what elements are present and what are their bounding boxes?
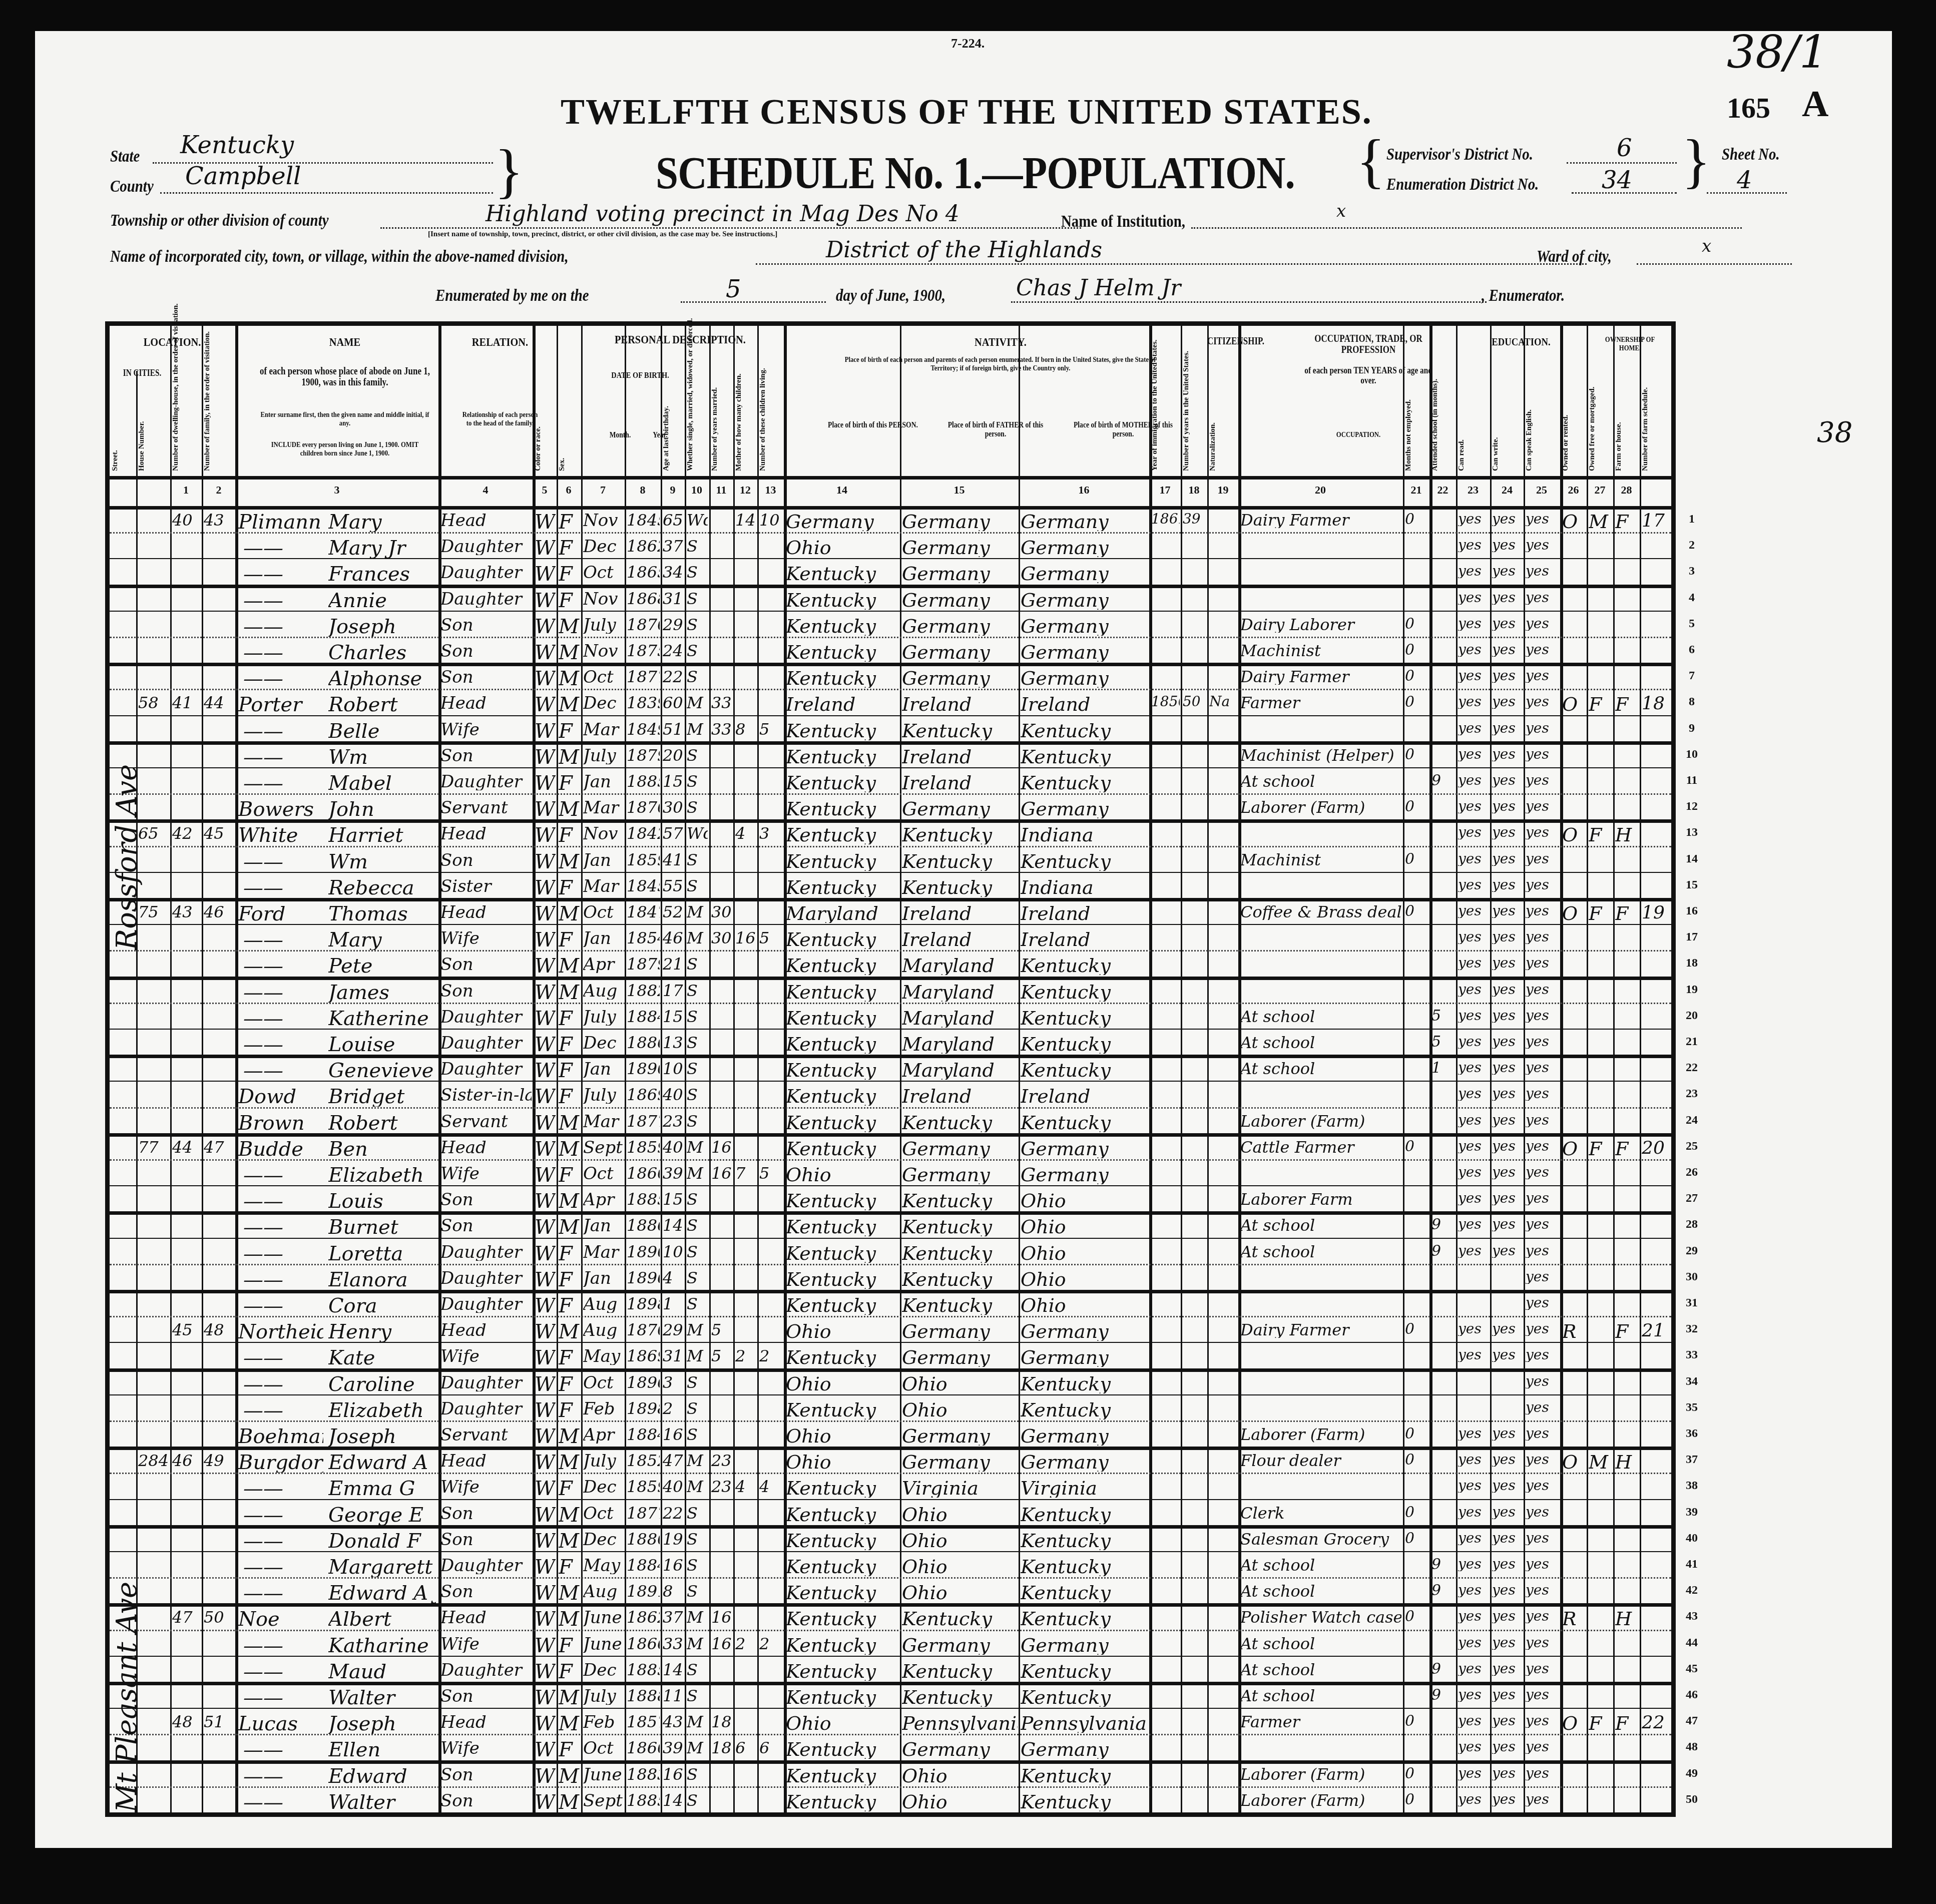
family-number: 45 <box>204 825 235 841</box>
relation: Son <box>440 956 532 973</box>
surname: White <box>238 825 323 845</box>
occupation: Farmer <box>1240 1714 1401 1730</box>
given-name: Frances <box>328 564 436 584</box>
birth-year: 1870 <box>627 1322 660 1338</box>
birthplace-mother: Germany <box>1021 669 1148 688</box>
occupation: Laborer (Farm) <box>1240 1792 1401 1808</box>
birthplace-person: Kentucky <box>786 1244 899 1263</box>
birthplace-father: Virginia <box>902 1479 1018 1498</box>
ditto-dash: —— <box>243 1792 308 1812</box>
birth-month: Oct <box>583 1165 624 1182</box>
birth-year: 1886 <box>627 1217 660 1233</box>
birthplace-mother: Kentucky <box>1021 1662 1148 1681</box>
naturalization: Na <box>1209 695 1238 709</box>
birth-year: 1865 <box>627 564 660 580</box>
sex: F <box>559 538 580 558</box>
ditto-dash: —— <box>243 983 308 1003</box>
sex: F <box>559 1662 580 1682</box>
age: 41 <box>663 852 684 868</box>
can-speak-english: yes <box>1526 1087 1559 1101</box>
given-name: Rebecca <box>328 878 436 898</box>
column-number: 22 <box>1429 484 1456 497</box>
surname: Burgdorf <box>238 1453 323 1473</box>
column-number: 3 <box>235 484 438 497</box>
age: 16 <box>663 1557 684 1573</box>
birth-month: July <box>583 1009 624 1026</box>
sex: M <box>559 1792 580 1812</box>
age: 1 <box>663 1296 684 1312</box>
birthplace-father: Ohio <box>902 1400 1018 1419</box>
relation: Wife <box>440 930 532 947</box>
line-number: 18 <box>1677 957 1707 970</box>
birthplace-mother: Ohio <box>1021 1191 1148 1210</box>
free-mortgaged: M <box>1589 1453 1612 1472</box>
children-born: 16 <box>735 930 756 946</box>
birthplace-mother: Germany <box>1021 617 1148 636</box>
can-read: yes <box>1458 1244 1489 1258</box>
months-unemployed: 0 <box>1405 1426 1428 1442</box>
owned-rented: R <box>1562 1322 1586 1341</box>
column-number: 6 <box>557 484 581 497</box>
marital-status: S <box>687 852 708 868</box>
school-months: 9 <box>1431 1217 1455 1232</box>
age: 4 <box>663 1270 684 1286</box>
can-read: yes <box>1458 747 1489 761</box>
can-read: yes <box>1458 1766 1489 1780</box>
birthplace-father: Ohio <box>902 1531 1018 1550</box>
birthplace-person: Kentucky <box>786 1270 899 1289</box>
given-name: Bridget <box>328 1087 436 1107</box>
column-number: 27 <box>1587 484 1613 497</box>
months-unemployed: 0 <box>1405 1453 1428 1468</box>
can-read: yes <box>1458 1531 1489 1545</box>
column-divider <box>202 326 203 1812</box>
color-race: W <box>535 1609 556 1629</box>
occupation: At school <box>1240 1244 1401 1260</box>
can-speak-english: yes <box>1526 878 1559 892</box>
can-speak-english: yes <box>1526 1400 1559 1414</box>
owned-rented: O <box>1562 512 1586 531</box>
given-name: Ben <box>328 1139 436 1159</box>
can-read: yes <box>1458 1348 1489 1362</box>
birthplace-father: Germany <box>902 669 1018 688</box>
occupation: Dairy Farmer <box>1240 512 1401 528</box>
header-divider <box>110 506 1671 510</box>
birth-month: Oct <box>583 1505 624 1522</box>
can-write: yes <box>1492 1087 1523 1101</box>
column-number: 8 <box>625 484 661 497</box>
surname: Brown <box>238 1113 323 1133</box>
years-married: 33 <box>711 695 732 711</box>
age: 29 <box>663 1322 684 1338</box>
birth-month: July <box>583 1453 624 1470</box>
row-divider <box>110 1577 1671 1579</box>
can-write: yes <box>1492 564 1523 578</box>
surname: Boehmann <box>238 1426 323 1447</box>
birthplace-person: Kentucky <box>786 1479 899 1498</box>
can-read: yes <box>1458 1505 1489 1519</box>
birthplace-father: Germany <box>902 564 1018 583</box>
color-race: W <box>535 1113 556 1133</box>
occupation: Dairy Laborer <box>1240 617 1401 633</box>
birth-year: 1882 <box>627 983 660 999</box>
free-mortgaged: F <box>1589 1139 1612 1158</box>
birthplace-person: Ohio <box>786 538 899 557</box>
relation: Daughter <box>440 1374 532 1391</box>
header-name-instruction: Enter surname first, then the given name… <box>260 411 430 427</box>
free-mortgaged: F <box>1589 695 1612 714</box>
children-living: 2 <box>759 1636 783 1652</box>
given-name: Elanora <box>328 1270 436 1290</box>
occupation: At school <box>1240 1557 1401 1573</box>
relation: Head <box>440 512 532 529</box>
ditto-dash: —— <box>243 878 308 898</box>
row-divider <box>110 1133 1671 1137</box>
ditto-dash: —— <box>243 773 308 793</box>
relation: Son <box>440 1792 532 1809</box>
free-mortgaged: F <box>1589 904 1612 923</box>
birthplace-mother: Kentucky <box>1021 1609 1148 1628</box>
marital-status: S <box>687 1035 708 1051</box>
ward-value: x <box>1702 236 1711 256</box>
marital-status: S <box>687 1688 708 1704</box>
birth-month: Aug <box>583 1322 624 1339</box>
birth-month: Mar <box>583 1113 624 1130</box>
column-divider <box>1181 326 1182 1812</box>
line-number: 10 <box>1677 748 1707 761</box>
birth-year: 1885 <box>627 1792 660 1808</box>
dwelling-number: 43 <box>172 904 201 920</box>
street-label: Mt Pleasant Ave <box>111 1447 143 1812</box>
relation: Sister <box>440 878 532 895</box>
years-married: 16 <box>711 1165 732 1181</box>
surname: Budde <box>238 1139 323 1159</box>
birth-year: 1857 <box>627 1714 660 1730</box>
color-race: W <box>535 1426 556 1447</box>
birth-month: Dec <box>583 538 624 555</box>
relation: Son <box>440 852 532 869</box>
row-divider <box>110 767 1671 768</box>
given-name: Joseph <box>328 1714 436 1734</box>
township-line <box>380 227 1081 229</box>
occupation: At school <box>1240 1061 1401 1077</box>
birthplace-person: Kentucky <box>786 799 899 818</box>
farm-schedule-number: 20 <box>1642 1139 1670 1157</box>
column-divider <box>1149 326 1152 1812</box>
can-speak-english: yes <box>1526 1217 1559 1231</box>
line-number: 23 <box>1677 1087 1707 1101</box>
can-speak-english: yes <box>1526 1479 1559 1493</box>
ditto-dash: —— <box>243 617 308 637</box>
given-name: Burnet <box>328 1217 436 1237</box>
given-name: Walter <box>328 1792 436 1812</box>
birth-year: 1859 <box>627 1139 660 1155</box>
can-read: yes <box>1458 773 1489 787</box>
county-label: County <box>110 177 154 196</box>
owned-rented: O <box>1562 1139 1586 1158</box>
farm-house: F <box>1615 695 1639 714</box>
color-race: W <box>535 747 556 767</box>
months-unemployed: 0 <box>1405 1139 1428 1154</box>
can-read: yes <box>1458 1714 1489 1728</box>
sex: F <box>559 1636 580 1656</box>
birth-year: 1884 <box>627 1557 660 1573</box>
can-read: yes <box>1458 1792 1489 1806</box>
line-number: 19 <box>1677 983 1707 997</box>
age: 52 <box>663 904 684 920</box>
birthplace-father: Ohio <box>902 1505 1018 1524</box>
age: 14 <box>663 1662 684 1678</box>
institution-label: Name of Institution, <box>1061 212 1185 231</box>
birthplace-person: Kentucky <box>786 930 899 949</box>
birthplace-person: Kentucky <box>786 643 899 662</box>
line-number: 39 <box>1677 1506 1707 1519</box>
column-divider <box>1207 326 1209 1812</box>
marital-status: S <box>687 669 708 685</box>
birthplace-person: Germany <box>786 512 899 531</box>
sex: F <box>559 721 580 741</box>
brace: } <box>495 141 524 201</box>
birth-month: Jan <box>583 1061 624 1078</box>
birthplace-father: Ireland <box>902 747 1018 766</box>
enumerated-day: 5 <box>726 275 741 303</box>
column-number: 17 <box>1149 484 1181 497</box>
birthplace-father: Germany <box>902 538 1018 557</box>
given-name: Katharine <box>328 1636 436 1656</box>
row-divider <box>110 1029 1671 1030</box>
age: 8 <box>663 1583 684 1599</box>
birth-month: Jan <box>583 773 624 790</box>
family-number: 51 <box>204 1714 235 1730</box>
birthplace-mother: Kentucky <box>1021 721 1148 740</box>
column-number: 13 <box>757 484 784 497</box>
township-value: Highland voting precinct in Mag Des No 4 <box>486 201 959 227</box>
birthplace-mother: Kentucky <box>1021 773 1148 792</box>
farm-house: H <box>1615 825 1639 844</box>
age: 40 <box>663 1087 684 1103</box>
farm-schedule-number: 21 <box>1642 1322 1670 1340</box>
can-write: yes <box>1492 669 1523 683</box>
can-write: yes <box>1492 1139 1523 1153</box>
school-months: 9 <box>1431 1244 1455 1259</box>
column-divider <box>1560 326 1563 1812</box>
sex: M <box>559 1426 580 1447</box>
marital-status: S <box>687 1505 708 1521</box>
can-read: yes <box>1458 852 1489 866</box>
given-name: Elizabeth <box>328 1400 436 1420</box>
birth-month: July <box>583 747 624 764</box>
brace: } <box>1682 131 1711 191</box>
row-divider <box>110 846 1671 847</box>
birthplace-person: Kentucky <box>786 1609 899 1628</box>
birth-year: 1859 <box>627 852 660 868</box>
can-speak-english: yes <box>1526 1348 1559 1362</box>
birth-year: 1885 <box>627 773 660 789</box>
birth-year: 1883 <box>627 1766 660 1782</box>
months-unemployed: 0 <box>1405 904 1428 919</box>
given-name: Wm <box>328 747 436 767</box>
relation: Son <box>440 1583 532 1600</box>
color-race: W <box>535 1453 556 1473</box>
marital-status: S <box>687 747 708 763</box>
age: 24 <box>663 643 684 659</box>
free-mortgaged: M <box>1589 512 1612 531</box>
birth-year: 1862 <box>627 1609 660 1625</box>
months-unemployed: 0 <box>1405 643 1428 658</box>
family-number: 50 <box>204 1609 235 1625</box>
line-number: 20 <box>1677 1009 1707 1023</box>
marital-status: S <box>687 1531 708 1547</box>
birthplace-person: Kentucky <box>786 1009 899 1028</box>
birthplace-father: Kentucky <box>902 878 1018 897</box>
age: 15 <box>663 1009 684 1025</box>
surname: Northeide <box>238 1322 323 1342</box>
birth-year: 1880 <box>627 1531 660 1547</box>
can-read: yes <box>1458 1479 1489 1493</box>
sex: F <box>559 1061 580 1081</box>
can-write: yes <box>1492 1688 1523 1702</box>
children-born: 14 <box>735 512 756 528</box>
farm-house: F <box>1615 1714 1639 1733</box>
ditto-dash: —— <box>243 564 308 584</box>
column-divider <box>581 326 583 1812</box>
marital-status: M <box>687 904 708 920</box>
years-married: 33 <box>711 721 732 737</box>
column-number: 15 <box>900 484 1019 497</box>
birthplace-mother: Germany <box>1021 1139 1148 1158</box>
age: 55 <box>663 878 684 894</box>
marital-status: M <box>687 1348 708 1364</box>
can-write: yes <box>1492 1009 1523 1023</box>
relation: Daughter <box>440 538 532 555</box>
row-divider <box>110 1734 1671 1735</box>
township-label: Township or other division of county <box>110 211 329 230</box>
birthplace-mother: Germany <box>1021 591 1148 610</box>
row-divider <box>110 1316 1671 1317</box>
birth-year: 1896 <box>627 1374 660 1390</box>
ditto-dash: —— <box>243 1191 308 1211</box>
relation: Head <box>440 1453 532 1470</box>
sex: F <box>559 1374 580 1394</box>
sex: M <box>559 956 580 976</box>
column-number: 24 <box>1490 484 1524 497</box>
months-unemployed: 0 <box>1405 1505 1428 1520</box>
birthplace-mother: Kentucky <box>1021 1374 1148 1393</box>
enumerator-name: Chas J Helm Jr <box>1016 275 1181 301</box>
enumerator-label: , Enumerator. <box>1482 286 1565 305</box>
can-write: yes <box>1492 1636 1523 1650</box>
relation: Daughter <box>440 591 532 608</box>
sex: F <box>559 1400 580 1420</box>
birthplace-person: Kentucky <box>786 1139 899 1158</box>
can-read: yes <box>1458 1139 1489 1153</box>
dwelling-number: 40 <box>172 512 201 528</box>
color-race: W <box>535 1139 556 1159</box>
marital-status: S <box>687 1374 708 1390</box>
page-letter: A <box>1802 83 1828 126</box>
header-house: House Number. <box>138 376 168 471</box>
sex: F <box>559 1348 580 1368</box>
immigration-year: 1850 <box>1151 695 1180 709</box>
line-number: 37 <box>1677 1453 1707 1467</box>
can-write: yes <box>1492 538 1523 552</box>
line-number: 48 <box>1677 1740 1707 1754</box>
age: 37 <box>663 538 684 554</box>
birth-month: Sept <box>583 1792 624 1809</box>
sex: M <box>559 1191 580 1211</box>
row-divider <box>110 977 1671 980</box>
marital-status: S <box>687 956 708 972</box>
age: 33 <box>663 1636 684 1652</box>
relation: Son <box>440 617 532 634</box>
row-divider <box>110 741 1671 745</box>
day-line <box>681 301 826 303</box>
can-write: yes <box>1492 591 1523 605</box>
age: 22 <box>663 1505 684 1521</box>
can-read: yes <box>1458 930 1489 944</box>
can-speak-english: yes <box>1526 1113 1559 1127</box>
birth-year: 1886 <box>627 1035 660 1051</box>
birthplace-father: Germany <box>902 591 1018 610</box>
color-race: W <box>535 1583 556 1603</box>
surname: Ford <box>238 904 323 924</box>
can-read: yes <box>1458 1322 1489 1336</box>
can-speak-english: yes <box>1526 852 1559 866</box>
occupation: Machinist (Helper) <box>1240 747 1401 763</box>
ditto-dash: —— <box>243 591 308 611</box>
birthplace-father: Maryland <box>902 1009 1018 1028</box>
relation: Head <box>440 1609 532 1626</box>
can-speak-english: yes <box>1526 564 1559 578</box>
birthplace-person: Kentucky <box>786 1035 899 1054</box>
birthplace-person: Kentucky <box>786 669 899 688</box>
sex: M <box>559 983 580 1003</box>
marital-status: S <box>687 1662 708 1678</box>
birthplace-person: Kentucky <box>786 1348 899 1367</box>
column-divider <box>685 326 686 1812</box>
given-name: Ellen <box>328 1740 436 1760</box>
can-speak-english: yes <box>1526 1740 1559 1754</box>
ditto-dash: —— <box>243 1400 308 1420</box>
age: 19 <box>663 1531 684 1547</box>
column-number: 12 <box>733 484 757 497</box>
can-write: yes <box>1492 825 1523 839</box>
age: 2 <box>663 1400 684 1416</box>
dwelling-number: 42 <box>172 825 201 841</box>
birthplace-father: Ireland <box>902 773 1018 792</box>
birthplace-mother: Ohio <box>1021 1244 1148 1263</box>
birth-month: Dec <box>583 1531 624 1548</box>
ditto-dash: —— <box>243 721 308 741</box>
ditto-dash: —— <box>243 852 308 872</box>
age: 29 <box>663 617 684 633</box>
column-number: 20 <box>1238 484 1402 497</box>
relation: Head <box>440 695 532 712</box>
can-read: yes <box>1458 1688 1489 1702</box>
occupation: Farmer <box>1240 695 1401 711</box>
can-write: yes <box>1492 930 1523 944</box>
relation: Son <box>440 1531 532 1548</box>
given-name: Walter <box>328 1688 436 1708</box>
years-married: 23 <box>711 1453 732 1469</box>
street-label: Rossford Ave <box>111 689 143 950</box>
given-name: Emma G <box>328 1479 436 1499</box>
color-race: W <box>535 852 556 872</box>
line-number: 33 <box>1677 1348 1707 1362</box>
line-number: 17 <box>1677 930 1707 944</box>
birthplace-person: Ohio <box>786 1453 899 1472</box>
age: 10 <box>663 1244 684 1260</box>
